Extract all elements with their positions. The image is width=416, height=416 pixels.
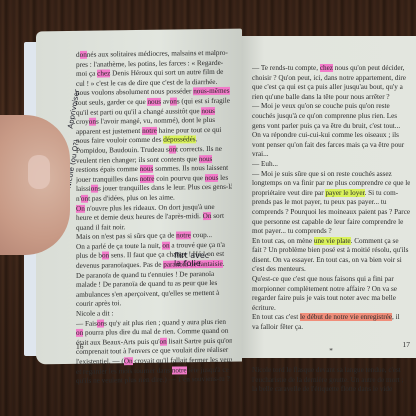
text-line: propriétaire veut dire par payer le loye… — [252, 189, 410, 199]
highlight-yellow: payer le loyer — [325, 189, 364, 197]
text-line: Qu'est-ce que c'est que nous faisons qui… — [252, 275, 410, 285]
highlight-pink: chez — [97, 70, 110, 78]
text-line: — Moi je suis sûre que si on reste couch… — [252, 170, 410, 180]
right-page-text: — Te rends-tu compte, chez nous qu'on pe… — [252, 64, 410, 333]
text-line: va falloir fêter ça. — [252, 323, 410, 333]
text-line: disent. On va essayer. En tout cas, on v… — [252, 256, 410, 266]
text-line: — Euh... — [252, 160, 410, 170]
highlight-pink: On — [124, 357, 133, 365]
highlight-pink: on — [102, 252, 109, 260]
text-line: En tout cas c'est le début de notre vie … — [252, 313, 410, 323]
highlight-orange: le début de notre vie enregistrée — [300, 313, 392, 321]
text-line: la belle caravelle de l'étiquette flotte… — [252, 385, 410, 395]
highlight-pink: on — [162, 241, 169, 249]
text-line: c'est des menteurs. — [252, 265, 410, 275]
text-line: — Moi je veux qu'on se couche puis qu'on… — [252, 102, 410, 112]
highlight-pink: nous — [199, 155, 213, 163]
text-line: vrai... — [252, 150, 410, 160]
highlight-pink: on — [160, 337, 167, 345]
highlight-pink: nous — [205, 174, 219, 182]
page-number-left: 16 — [76, 342, 84, 352]
highlight-pink: notre — [172, 366, 187, 374]
text-line: prends pas le mot payer, tu peux pas pay… — [252, 198, 410, 208]
text-line: mot payer... tu comprends ? — [252, 227, 410, 237]
text-line: vont penser qu'on fait des farces mais ç… — [252, 141, 410, 151]
highlight-pink: nous — [201, 107, 215, 115]
left-page-text: donnés aux solitaires médiocres, malsain… — [76, 49, 232, 387]
text-line: En tout cas, on mène une vie plate. Comm… — [252, 237, 410, 247]
right-page: — Te rends-tu compte, chez nous qu'on pe… — [242, 36, 416, 358]
highlight-pink: On — [203, 212, 212, 220]
highlight-pink: on — [97, 319, 104, 327]
text-line: regarder faire puis je vais tout noter a… — [252, 294, 410, 304]
text-line: On va répondre cui-cui-kui comme les ois… — [252, 131, 410, 141]
text-line: couchés jusqu'à ce qu'on comprenne plus … — [252, 112, 410, 122]
highlight-pink: notre — [140, 175, 155, 183]
highlight-pink: on — [81, 195, 88, 203]
thumb-holding-book — [0, 115, 70, 255]
text-line: rien qu'une balle dans la tête pour nous… — [252, 93, 410, 103]
highlight-pink: notre — [176, 232, 191, 240]
highlight-pink: on — [170, 97, 177, 105]
highlight-pink: nous — [140, 165, 154, 173]
open-book: donnés aux solitaires médiocres, malsain… — [24, 30, 402, 360]
text-line: Nicole tord le flasque devant sa langue … — [252, 366, 410, 376]
highlight-pink: nous — [147, 98, 161, 106]
highlight-pink: nous-mêmes — [193, 87, 229, 96]
text-line: — Te rends-tu compte, chez nous qu'on pe… — [252, 64, 410, 74]
text-line: fait ? Un problème bien posé est à moiti… — [252, 246, 410, 256]
highlight-pink: on — [76, 329, 83, 337]
text-line: comprends ? Pourquoi les moineaux paient… — [252, 208, 410, 218]
text-line: écriture. — [252, 304, 410, 314]
highlight-pink: on — [89, 118, 96, 126]
text-line: que c'est ça qui est ça puis aller jusqu… — [252, 83, 410, 93]
highlight-pink: on — [169, 145, 176, 153]
highlight-pink: chez — [320, 64, 333, 72]
text-line: l'eucharistie de la dernière goutte. Un … — [252, 376, 410, 386]
thumbnail — [28, 155, 50, 189]
text-line: morpionner complètement notre affaire ? … — [252, 285, 410, 295]
right-page-after-separator: Nicole tord le flasque devant sa langue … — [252, 366, 410, 395]
highlight-yellow: une vie plate — [314, 237, 351, 245]
text-line: que personne est capable de leur faire c… — [252, 218, 410, 228]
highlight-pink: notre — [142, 127, 157, 135]
text-line: choisir ? Qu'on peut, ici, dans notre ap… — [252, 74, 410, 84]
highlight-yellow: dépossédés — [163, 136, 195, 144]
highlight-pink: on — [80, 51, 87, 59]
handwritten-note-flirt: flirt avec la folie — [174, 252, 214, 268]
section-separator: * — [252, 347, 410, 357]
highlight-pink: On — [76, 204, 85, 212]
text-line: gens vont parler puis ça va être du brui… — [252, 122, 410, 132]
page-number-right: 17 — [403, 340, 411, 350]
highlight-pink: on — [91, 185, 98, 193]
text-line: longtemps on va finir par ne plus compre… — [252, 179, 410, 189]
